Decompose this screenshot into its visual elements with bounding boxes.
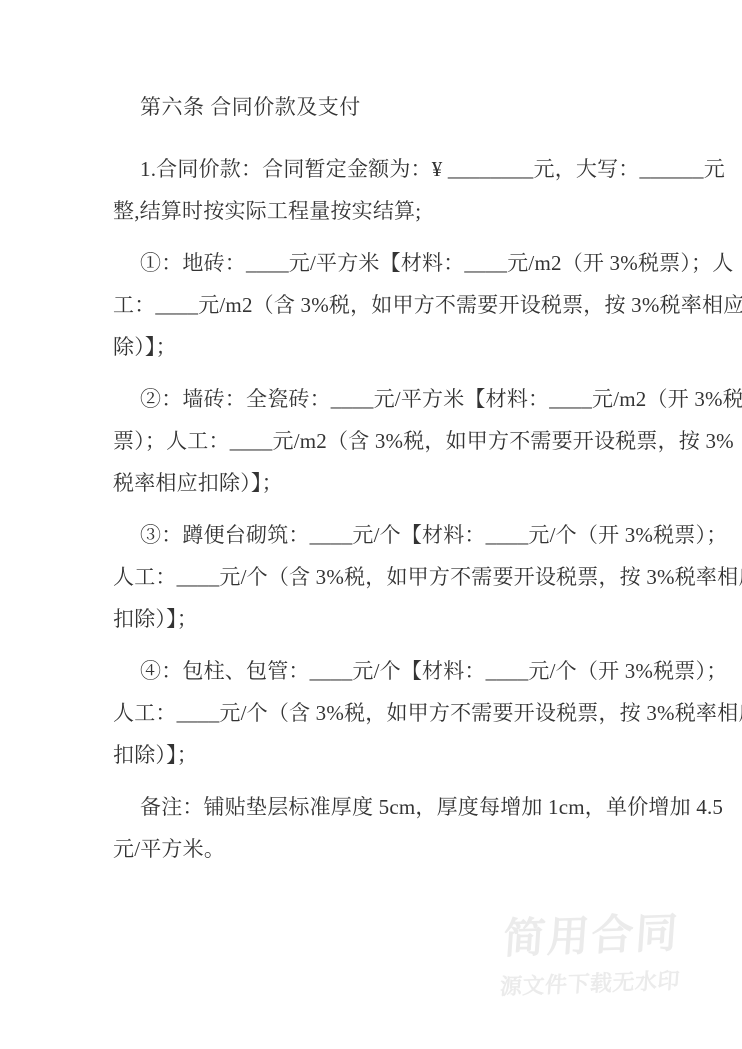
paragraph-remark: 备注：铺贴垫层标准厚度 5cm，厚度每增加 1cm，单价增加 4.5 元/平方米…	[113, 786, 631, 870]
text-line: 扣除）】；	[113, 734, 631, 776]
text-line: 1.合同价款：合同暂定金额为：¥ ________元，大写：______元	[113, 148, 631, 190]
text-line: 整,结算时按实际工程量按实结算;	[113, 190, 631, 232]
text-line: 人工：____元/个（含 3%税，如甲方不需要开设税票，按 3%税率相应	[113, 556, 631, 598]
text-line: ④：包柱、包管：____元/个【材料：____元/个（开 3%税票）；	[113, 650, 631, 692]
contract-document-page: 第六条 合同价款及支付 1.合同价款：合同暂定金额为：¥ ________元，大…	[0, 0, 742, 1049]
paragraph-item-4-column-pipe: ④：包柱、包管：____元/个【材料：____元/个（开 3%税票）； 人工：_…	[113, 650, 631, 776]
text-line: 扣除）】；	[113, 598, 631, 640]
text-line: ①：地砖：____元/平方米【材料：____元/m2（开 3%税票）；人	[113, 242, 631, 284]
text-line: 备注：铺贴垫层标准厚度 5cm，厚度每增加 1cm，单价增加 4.5	[113, 786, 631, 828]
text-line: ②：墙砖：全瓷砖：____元/平方米【材料：____元/m2（开 3%税	[113, 378, 631, 420]
text-line: ③：蹲便台砌筑：____元/个【材料：____元/个（开 3%税票）；	[113, 514, 631, 556]
watermark-title: 简用合同	[502, 910, 685, 963]
text-line: 人工：____元/个（含 3%税，如甲方不需要开设税票，按 3%税率相应	[113, 692, 631, 734]
paragraph-item-1-floor-tile: ①：地砖：____元/平方米【材料：____元/m2（开 3%税票）；人 工：_…	[113, 242, 631, 368]
watermark-subtitle: 源文件下载无水印	[499, 964, 681, 1001]
text-line: 除）】；	[113, 326, 631, 368]
text-line: 工：____元/m2（含 3%税，如甲方不需要开设税票，按 3%税率相应扣	[113, 284, 631, 326]
contract-body: 第六条 合同价款及支付 1.合同价款：合同暂定金额为：¥ ________元，大…	[113, 86, 631, 880]
paragraph-item-2-wall-tile: ②：墙砖：全瓷砖：____元/平方米【材料：____元/m2（开 3%税 票）；…	[113, 378, 631, 504]
paragraph-contract-price: 1.合同价款：合同暂定金额为：¥ ________元，大写：______元 整,…	[113, 148, 631, 232]
watermark: 简用合同 源文件下载无水印	[499, 910, 685, 1002]
paragraph-item-3-squat-toilet: ③：蹲便台砌筑：____元/个【材料：____元/个（开 3%税票）； 人工：_…	[113, 514, 631, 640]
text-line: 元/平方米。	[113, 828, 631, 870]
text-line: 税率相应扣除）】；	[113, 462, 631, 504]
text-line: 票）；人工：____元/m2（含 3%税，如甲方不需要开设税票，按 3%	[113, 420, 631, 462]
section-heading: 第六条 合同价款及支付	[113, 86, 631, 128]
